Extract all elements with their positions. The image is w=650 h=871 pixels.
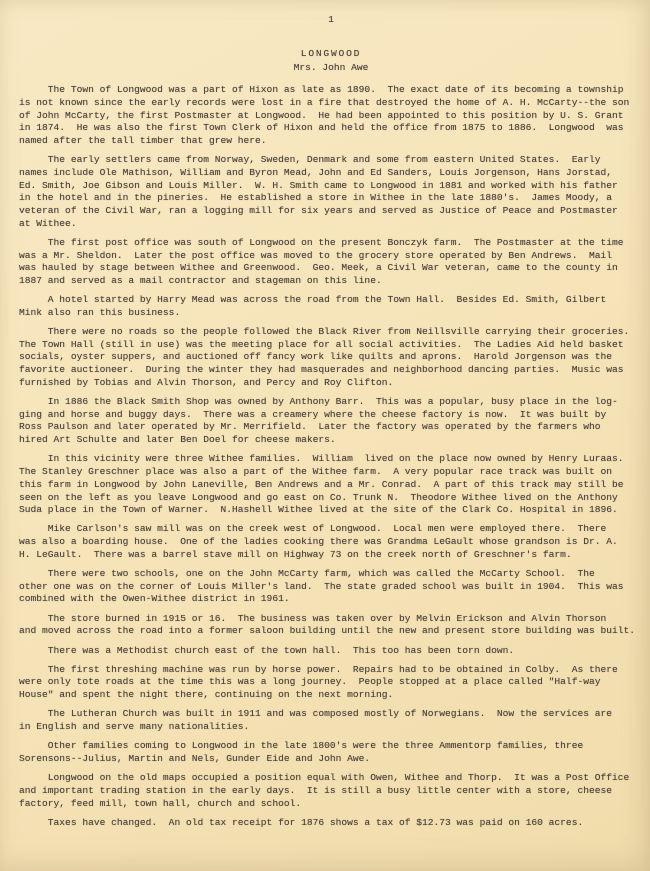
paragraph: Longwood on the old maps occupied a posi…: [19, 772, 643, 810]
paragraph: Mike Carlson's saw mill was on the creek…: [19, 523, 643, 561]
paragraph: The store burned in 1915 or 16. The busi…: [19, 613, 643, 638]
page-number: 1: [19, 14, 643, 27]
document-page: 1 LONGWOOD Mrs. John Awe The Town of Lon…: [0, 0, 650, 871]
page-author: Mrs. John Awe: [19, 62, 643, 75]
document-body: The Town of Longwood was a part of Hixon…: [19, 84, 643, 829]
paragraph: The early settlers came from Norway, Swe…: [19, 154, 643, 230]
paragraph: There were no roads so the people follow…: [19, 326, 643, 390]
page-title: LONGWOOD: [19, 48, 643, 61]
paragraph: There was a Methodist church east of the…: [19, 645, 643, 658]
paragraph: The first post office was south of Longw…: [19, 237, 643, 288]
paragraph: A hotel started by Harry Mead was across…: [19, 294, 643, 319]
paragraph: There were two schools, one on the John …: [19, 568, 643, 606]
paragraph: The first threshing machine was run by h…: [19, 664, 643, 702]
paragraph: In this vicinity were three Withee famil…: [19, 453, 643, 517]
paragraph: Other families coming to Longwood in the…: [19, 740, 643, 765]
paragraph: Taxes have changed. An old tax receipt f…: [19, 817, 643, 830]
paragraph: In 1886 the Black Smith Shop was owned b…: [19, 396, 643, 447]
paragraph: The Lutheran Church was built in 1911 an…: [19, 708, 643, 733]
paragraph: The Town of Longwood was a part of Hixon…: [19, 84, 643, 148]
